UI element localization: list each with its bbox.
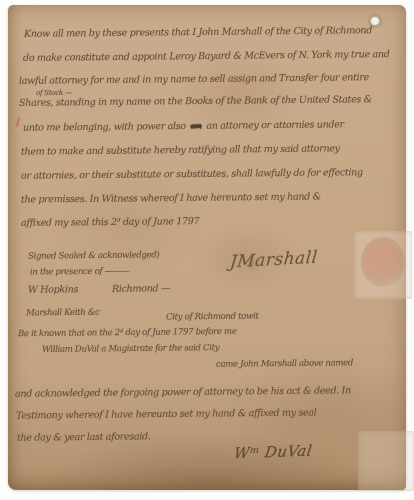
witness-name: W Hopkins	[28, 284, 78, 296]
body-line-1: Know all men by these presents that I Jo…	[24, 25, 372, 40]
body-line-5: unto me belonging, with power also an an…	[23, 119, 344, 133]
edge-mark	[16, 117, 21, 127]
attestation-line-4b: City of Richmond towit	[166, 312, 259, 323]
seal-patch	[354, 231, 412, 299]
body-line-8: the premisses. In Witness whereof I have…	[21, 191, 321, 205]
ink-stain	[244, 257, 260, 270]
attestation-line-5: Be it known that on the 2ᵈ day of June 1…	[18, 327, 237, 339]
scanned-document-image: Know all men by these presents that I Jo…	[0, 0, 414, 500]
manuscript-paper: Know all men by these presents that I Jo…	[8, 5, 406, 490]
witness-place: Richmond —	[112, 283, 170, 295]
attestation-line-9: Testimony whereof I have hereunto set my…	[16, 407, 317, 421]
body-line-3: lawful attorney for me and in my name to…	[19, 72, 369, 87]
attestation-line-1: Signed Sealed & acknowledged)	[28, 250, 159, 261]
attestation-line-4: Marshall Keith &c	[26, 308, 100, 319]
body-line-7: or attornies, or their substitute or sub…	[21, 167, 363, 182]
signature-john-marshall: JMarshall	[229, 248, 318, 273]
line5-struck-word: an	[188, 121, 203, 132]
attestation-line-7: came John Marshall above named	[216, 358, 353, 369]
attestation-line-10: the day & year last aforesaid.	[17, 431, 151, 443]
seal-residue-patch	[358, 431, 414, 491]
signature-wm-duval: Wᵐ DuVal	[233, 442, 314, 463]
interlineation-of-stock: of Stock —	[36, 88, 72, 97]
attestation-line-6: William DuVal a Magistrate for the said …	[42, 343, 219, 355]
line5-post: an attorney or attornies under	[206, 119, 344, 131]
body-line-4: Shares, standing in my name on the Books…	[19, 94, 372, 109]
line5-pre: unto me belonging, with power also	[23, 121, 186, 134]
body-line-9: affixed my seal this 2ᵈ day of June 1797	[21, 216, 199, 229]
witness-line: W HopkinsRichmond —	[28, 283, 170, 295]
wax-seal	[361, 237, 405, 287]
body-line-2: do make constitute and appoint Leroy Bay…	[23, 49, 390, 64]
attestation-line-8: and acknowledged the forgoing power of a…	[15, 385, 351, 400]
body-line-6: them to make and substitute hereby ratif…	[21, 143, 340, 157]
attestation-line-2: in the presence of ———	[30, 266, 129, 277]
